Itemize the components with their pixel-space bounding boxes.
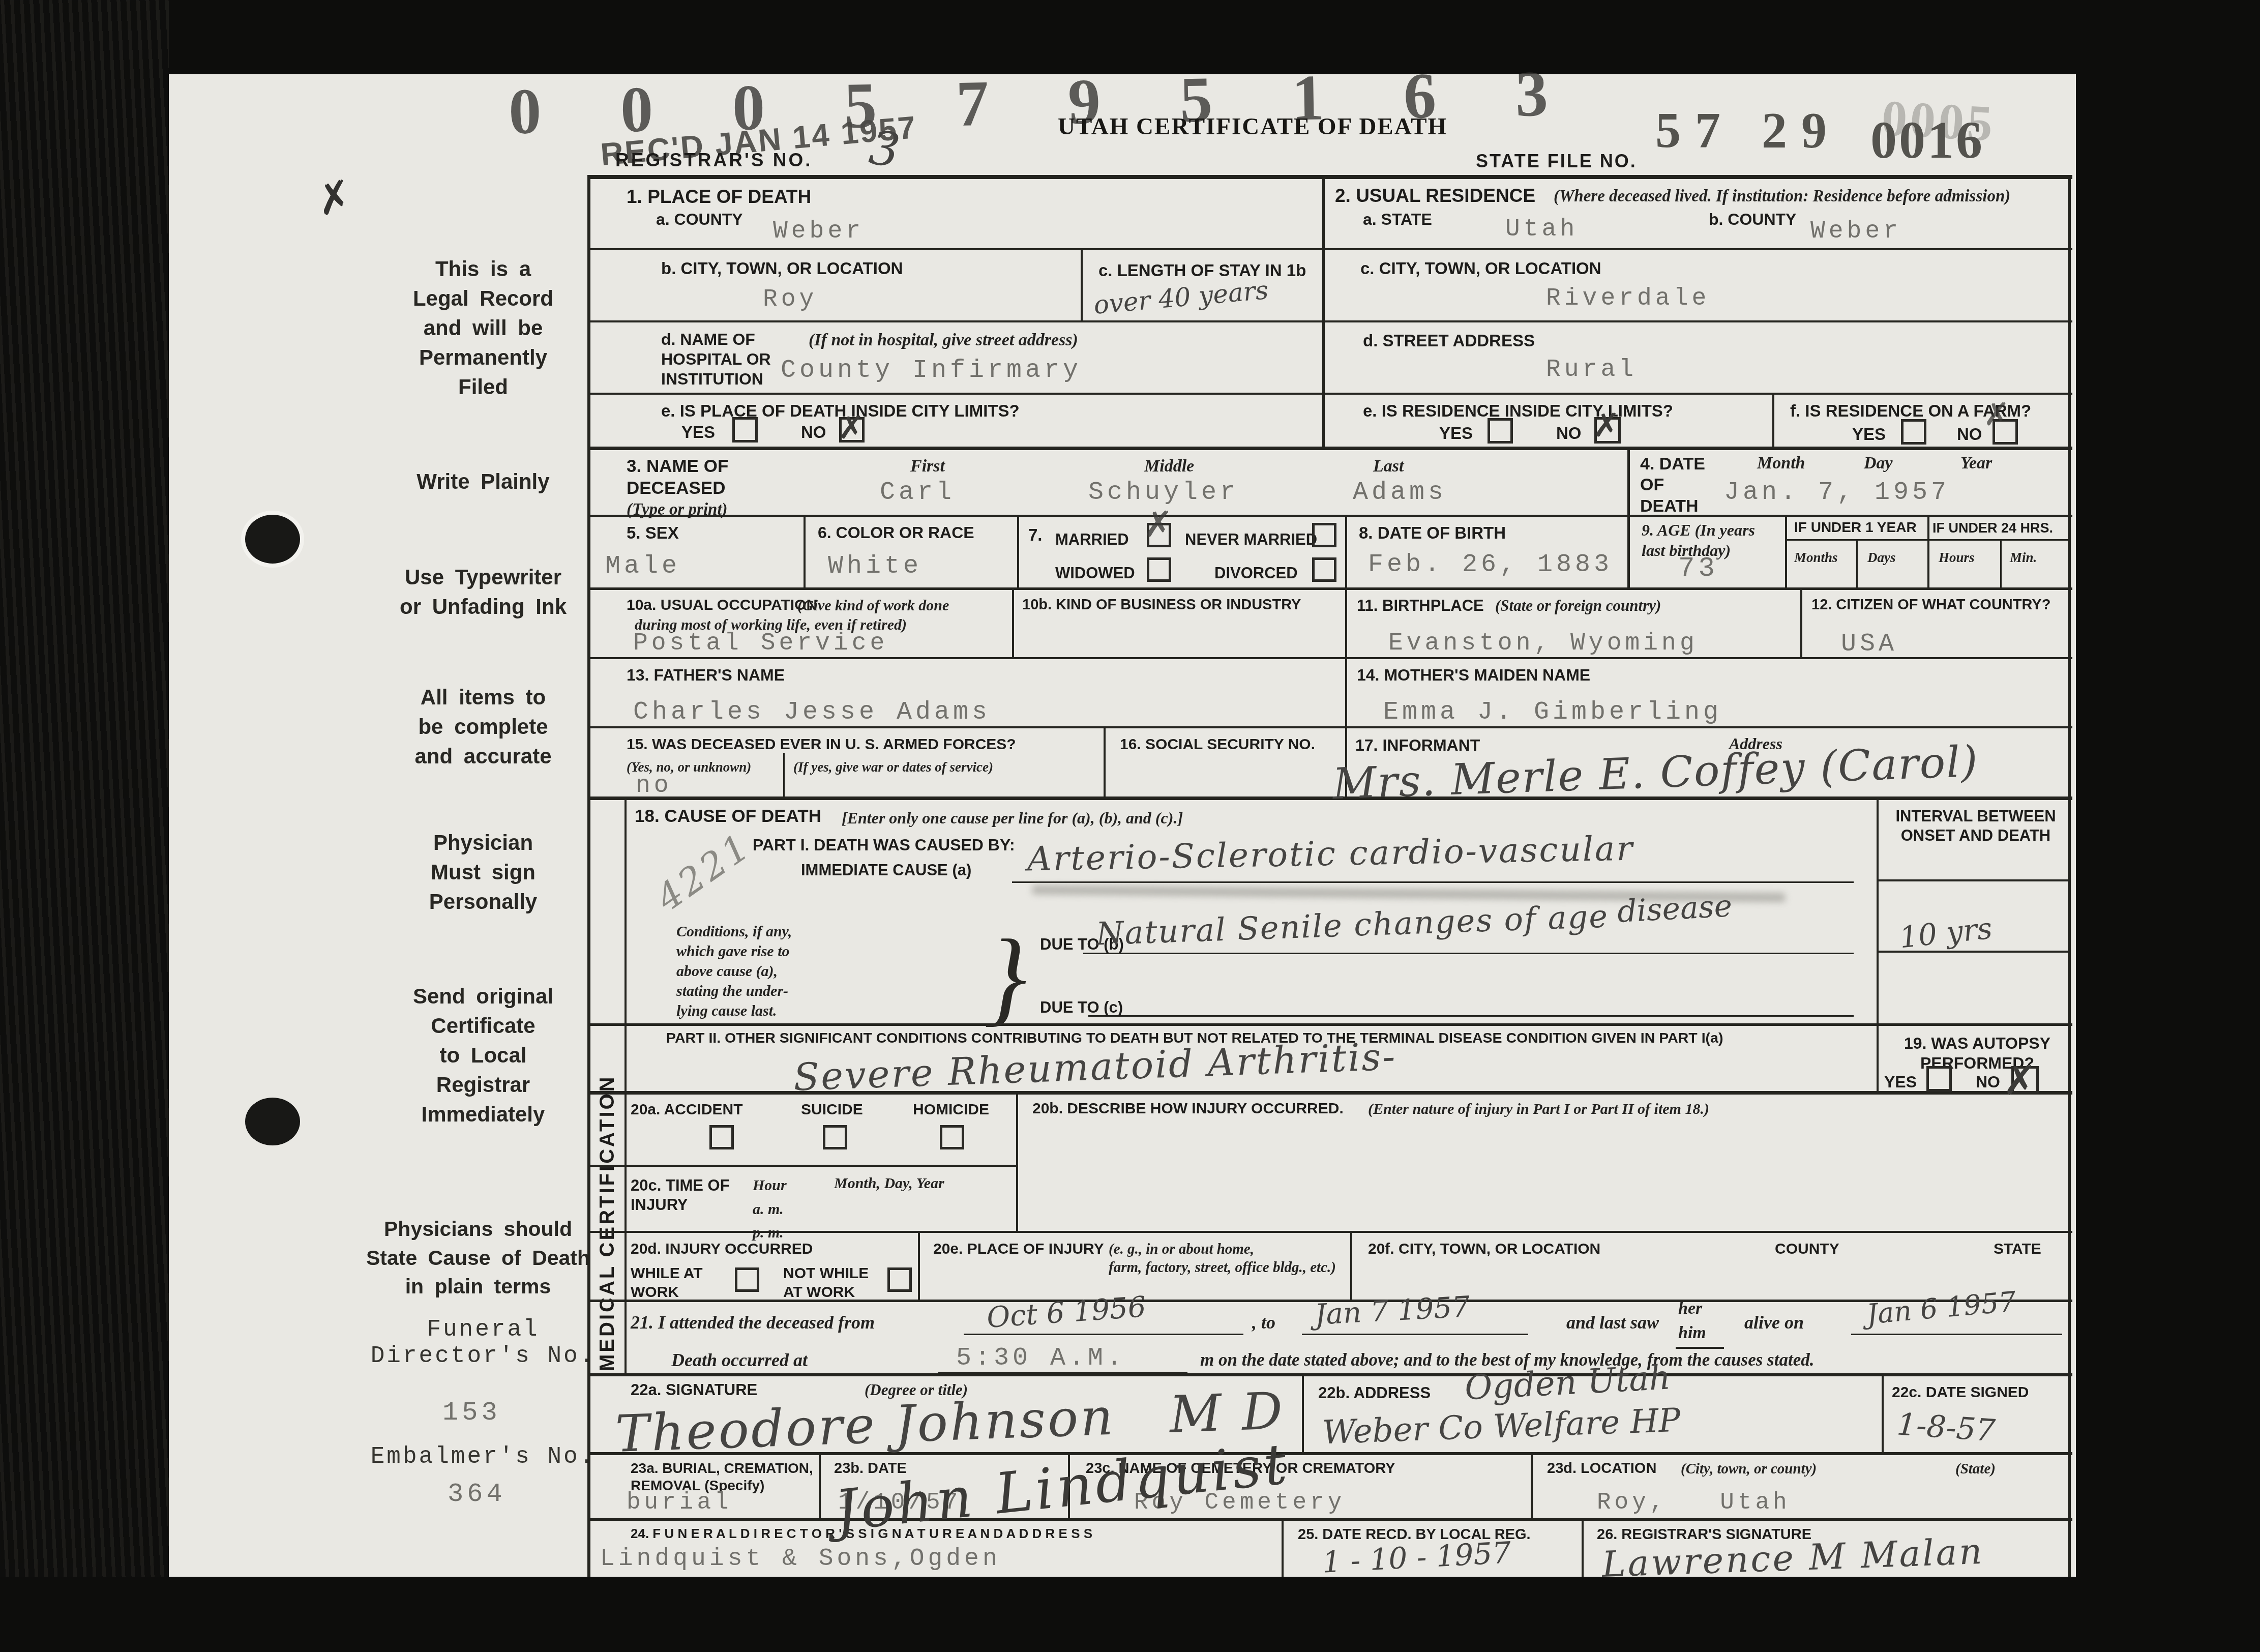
s20a-homicide-label: HOMICIDE — [913, 1101, 989, 1119]
s18-brace: } — [984, 910, 1027, 1044]
s9-days-header: Days — [1867, 549, 1896, 567]
s21-text3: and last saw — [1566, 1311, 1659, 1334]
s9-value: 73 — [1678, 553, 1718, 584]
s9-min-header: Min. — [2010, 549, 2037, 567]
s3-note: (Type or print) — [627, 499, 728, 520]
s3-first-value: Carl — [880, 478, 955, 507]
s10a-value: Postal Service — [633, 630, 888, 657]
s1a-label: a. COUNTY — [656, 210, 743, 229]
s20b-label: 20b. DESCRIBE HOW INJURY OCCURRED. — [1032, 1100, 1344, 1118]
s18-due-c-label: DUE TO (c) — [1040, 998, 1123, 1017]
s7-divorced-checkbox — [1312, 557, 1336, 582]
s20a-suicide-label: SUICIDE — [801, 1101, 863, 1119]
s2b-label: b. COUNTY — [1709, 210, 1796, 229]
s20d-notwhile-label: NOT WHILE AT WORK — [783, 1264, 869, 1302]
s19-no-label: NO — [1976, 1072, 2000, 1092]
s20d-notwhile-checkbox — [887, 1267, 912, 1292]
s20d-while-checkbox — [735, 1267, 759, 1292]
s20a-label: 20a. ACCIDENT — [631, 1101, 743, 1119]
s7-never-label: NEVER MARRIED — [1185, 530, 1317, 549]
s11-value: Evanston, Wyoming — [1388, 630, 1698, 657]
margin-note-physician-sign: Physician Must sign Personally — [346, 828, 620, 917]
s2e-yes-checkbox — [1488, 418, 1513, 444]
s24-value: Lindquist & Sons,Ogden — [600, 1545, 1001, 1573]
s2e-no-label: NO — [1556, 423, 1582, 444]
s20b-note: (Enter nature of injury in Part I or Par… — [1368, 1100, 1709, 1119]
s6-label: 6. COLOR OR RACE — [818, 523, 974, 543]
scanned-death-certificate: 0 0 0 5 7 9 5 1 6 3 REC'D JAN 14 1957 3 … — [0, 0, 2260, 1652]
s2d-label: d. STREET ADDRESS — [1363, 331, 1535, 351]
s20f-label: 20f. CITY, TOWN, OR LOCATION — [1368, 1240, 1600, 1259]
s20c-mdy-note: Month, Day, Year — [834, 1174, 944, 1193]
s22c-date-value: 1-8-57 — [1896, 1406, 1997, 1449]
embalmer-no-label: Embalmer's No. — [346, 1443, 620, 1470]
s14-value: Emma J. Gimberling — [1383, 698, 1722, 727]
s2f-yes-label: YES — [1852, 424, 1886, 445]
s22a-label: 22a. SIGNATURE — [631, 1380, 757, 1400]
s5-label: 5. SEX — [627, 523, 679, 543]
s10a-note: (Give kind of work done during most of w… — [635, 596, 1011, 634]
s11-note: (State or foreign country) — [1495, 596, 1661, 616]
s2d-value: Rural — [1546, 356, 1637, 383]
s2b-value: Weber — [1810, 218, 1901, 245]
s6-value: White — [828, 552, 922, 581]
s18-conditions-note: Conditions, if any, which gave rise to a… — [676, 922, 792, 1021]
s23d-value: Roy, Utah — [1597, 1489, 1791, 1516]
s4-value: Jan. 7, 1957 — [1724, 478, 1950, 507]
s13-value: Charles Jesse Adams — [633, 698, 991, 727]
s2-title-note: (Where deceased lived. If institution: R… — [1554, 186, 2010, 207]
scan-band-right — [2076, 0, 2260, 1652]
s7-num: 7. — [1028, 525, 1043, 545]
s21-text1: 21. I attended the deceased from — [631, 1311, 875, 1334]
s20e-label: 20e. PLACE OF INJURY — [933, 1240, 1104, 1259]
state-file-stamp-number: 0016 — [1870, 110, 1984, 170]
s2-title: 2. USUAL RESIDENCE — [1335, 184, 1535, 207]
s20d-label: 20d. INJURY OCCURRED — [631, 1240, 813, 1259]
s1a-value: Weber — [773, 218, 864, 245]
s8-label: 8. DATE OF BIRTH — [1359, 523, 1506, 543]
s23a-value: burial — [627, 1489, 732, 1516]
s18-cause-a-disease: disease — [1616, 888, 1733, 930]
s18-bracket-note: [Enter only one cause per line for (a), … — [842, 808, 1183, 828]
s20a-accident-checkbox — [709, 1125, 734, 1149]
s21-text4: alive on — [1744, 1311, 1804, 1334]
s1-title: 1. PLACE OF DEATH — [627, 185, 811, 208]
margin-note-use-typewriter: Use Typewriter or Unfading Ink — [336, 563, 631, 622]
s15-note2: (If yes, give war or dates of service) — [793, 759, 993, 776]
s2f-no-label: NO — [1957, 424, 1982, 445]
s21-text5: Death occurred at — [671, 1349, 808, 1372]
s2a-value: Utah — [1505, 216, 1578, 243]
s4-year-header: Year — [1960, 453, 1992, 475]
s17-label: 17. INFORMANT — [1355, 735, 1480, 755]
margin-note-write-plainly: Write Plainly — [346, 467, 620, 496]
medical-certification-label: MEDICAL CERTIFICATION — [595, 802, 620, 1371]
s11-label: 11. BIRTHPLACE — [1357, 596, 1484, 615]
s20c-label: 20c. TIME OF INJURY — [631, 1176, 730, 1215]
s9-under1yr-label: IF UNDER 1 YEAR — [1794, 519, 1917, 536]
s3-middle-value: Schuyler — [1088, 478, 1239, 507]
s21-her: her — [1678, 1298, 1702, 1320]
s18-label: 18. CAUSE OF DEATH — [635, 806, 821, 828]
funeral-director-no-label: Funeral Director's No. — [356, 1316, 610, 1369]
s3-last-value: Adams — [1353, 478, 1447, 507]
s3-last-header: Last — [1373, 456, 1404, 478]
hole-punch-bottom — [245, 1098, 300, 1145]
s7-widowed-label: WIDOWED — [1055, 564, 1135, 583]
s4-day-header: Day — [1864, 453, 1893, 475]
funeral-director-no-value: 153 — [442, 1398, 501, 1428]
state-file-no-label: STATE FILE NO. — [1476, 150, 1637, 172]
s19-no-mark: ✗ — [2003, 1057, 2037, 1104]
s7-widowed-checkbox — [1147, 557, 1171, 582]
s14-label: 14. MOTHER'S MAIDEN NAME — [1357, 665, 1590, 685]
form-title: UTAH CERTIFICATE OF DEATH — [1058, 113, 1447, 140]
s23d-label: 23d. LOCATION — [1547, 1460, 1656, 1478]
scan-band-left — [0, 0, 169, 1652]
s16-label: 16. SOCIAL SECURITY NO. — [1120, 735, 1315, 754]
margin-note-all-items: All items to be complete and accurate — [346, 683, 620, 771]
s15-value: no — [636, 772, 672, 800]
s1b-label: b. CITY, TOWN, OR LOCATION — [661, 258, 903, 279]
s12-label: 12. CITIZEN OF WHAT COUNTRY? — [1811, 596, 2050, 614]
s21-time-value: 5:30 A.M. — [956, 1344, 1125, 1373]
registrar-no-label: REGISTRAR'S NO. — [615, 149, 812, 171]
s12-value: USA — [1841, 630, 1897, 659]
s2f-yes-checkbox — [1901, 419, 1926, 445]
s2c-value: Riverdale — [1546, 285, 1710, 312]
s15-label: 15. WAS DECEASED EVER IN U. S. ARMED FOR… — [627, 735, 1016, 754]
s18-interval-label: INTERVAL BETWEEN ONSET AND DEATH — [1884, 807, 2067, 845]
s1d-value: County Infirmary — [781, 356, 1082, 385]
state-file-stamp-yearcode: 57 29 — [1655, 101, 1841, 159]
s10b-label: 10b. KIND OF BUSINESS OR INDUSTRY — [1022, 596, 1301, 614]
s4-month-header: Month — [1757, 453, 1805, 475]
s20c-hour-note: Hour a. m. p. m. — [753, 1174, 787, 1245]
s1d-label: d. NAME OF HOSPITAL OR INSTITUTION — [661, 330, 771, 389]
s20f-county-header: COUNTY — [1775, 1240, 1839, 1259]
s19-yes-checkbox — [1926, 1066, 1952, 1091]
s3-label: 3. NAME OF DECEASED — [627, 456, 728, 499]
medical-certification-strip: MEDICAL CERTIFICATION — [591, 802, 619, 1371]
s7-married-label: MARRIED — [1055, 530, 1129, 549]
s21-him: him — [1678, 1322, 1706, 1344]
s9-hours-header: Hours — [1939, 549, 1975, 567]
s20e-note: (e. g., in or about home, farm, factory,… — [1109, 1240, 1336, 1277]
s22c-label: 22c. DATE SIGNED — [1892, 1383, 2029, 1402]
s13-label: 13. FATHER'S NAME — [627, 665, 785, 685]
s1e-no-label: NO — [801, 422, 826, 442]
s8-value: Feb. 26, 1883 — [1368, 550, 1613, 579]
margin-note-legal-record: This is a Legal Record and will be Perma… — [346, 254, 620, 402]
s7-married-mark: ✗ — [1143, 504, 1173, 545]
s23d-note: (City, town, or county) — [1681, 1460, 1817, 1478]
s1e-no-mark: ✗ — [838, 409, 865, 446]
margin-note-send-original: Send original Certificate to Local Regis… — [346, 982, 620, 1129]
s1c-label: c. LENGTH OF STAY IN 1b — [1098, 260, 1306, 281]
s1b-value: Roy — [763, 286, 817, 313]
s2e-label: e. IS RESIDENCE INSIDE CITY LIMITS? — [1363, 401, 1673, 421]
s3-middle-header: Middle — [1144, 456, 1194, 478]
s2f-no-mark: ✗ — [1983, 396, 2010, 433]
s20a-suicide-checkbox — [823, 1125, 847, 1149]
s9-under24-label: IF UNDER 24 HRS. — [1932, 520, 2053, 537]
hole-punch-top — [245, 515, 300, 564]
s19-yes-label: YES — [1884, 1072, 1917, 1092]
s21-text2: , to — [1252, 1311, 1275, 1334]
s1d-note: (If not in hospital, give street address… — [809, 330, 1078, 351]
s1e-yes-checkbox — [732, 417, 758, 442]
s9-months-header: Months — [1794, 549, 1838, 567]
embalmer-no-value: 364 — [448, 1479, 506, 1509]
s20d-while-label: WHILE AT WORK — [631, 1264, 703, 1302]
s20f-state-header: STATE — [1994, 1240, 2041, 1259]
s3-first-header: First — [910, 456, 945, 478]
s2e-yes-label: YES — [1439, 423, 1473, 444]
s2c-label: c. CITY, TOWN, OR LOCATION — [1360, 258, 1601, 279]
s5-value: Male — [605, 552, 680, 581]
s7-never-checkbox — [1312, 523, 1336, 547]
s22b-label: 22b. ADDRESS — [1318, 1383, 1431, 1403]
s23d-state-header: (State) — [1955, 1460, 1996, 1478]
s2a-label: a. STATE — [1363, 210, 1432, 229]
s7-divorced-label: DIVORCED — [1214, 564, 1298, 583]
s1e-yes-label: YES — [681, 422, 715, 442]
s4-label: 4. DATE OF DEATH — [1640, 454, 1705, 517]
s18-part1-label: PART I. DEATH WAS CAUSED BY: — [753, 835, 1015, 855]
s20a-homicide-checkbox — [940, 1125, 964, 1149]
scan-band-bottom — [0, 1577, 2260, 1652]
s2e-no-mark: ✗ — [1593, 407, 1620, 445]
s18-immediate-cause-label: IMMEDIATE CAUSE (a) — [801, 861, 971, 880]
